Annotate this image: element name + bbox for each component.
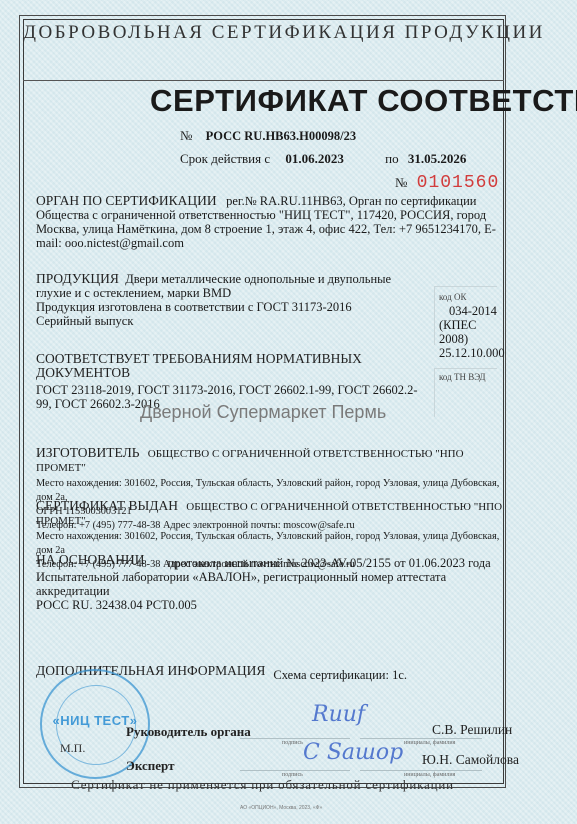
valid-from: 01.06.2023 xyxy=(285,151,344,166)
expert-role: Эксперт xyxy=(126,758,174,774)
product-line-4: Серийный выпуск xyxy=(36,314,416,328)
seal-place-label: М.П. xyxy=(60,741,85,756)
ok-code-label: код ОК xyxy=(439,292,467,302)
conformity-heading: СООТВЕТСТВУЕТ ТРЕБОВАНИЯМ НОРМАТИВНЫХ ДО… xyxy=(36,352,426,380)
manufacturer-heading: ИЗГОТОВИТЕЛЬ xyxy=(36,445,140,460)
title-divider xyxy=(23,80,504,81)
serial-sign: № xyxy=(395,175,407,190)
head-name-line xyxy=(360,738,482,739)
valid-to: 31.05.2026 xyxy=(408,151,467,166)
form-serial: № 0101560 xyxy=(395,173,499,193)
footer-note: Сертификат не применяется при обязательн… xyxy=(23,777,502,793)
product-line-1: Двери металлические однопольные и двупол… xyxy=(125,272,391,286)
ok-code-1: 034-2014 xyxy=(449,304,497,318)
head-signature-caption: подпись xyxy=(282,740,303,746)
certification-body-section: ОРГАН ПО СЕРТИФИКАЦИИ рег.№ RA.RU.11НВ63… xyxy=(36,194,496,250)
validity-period: Срок действия с 01.06.2023 по 31.05.2026 xyxy=(180,151,466,167)
validity-label: Срок действия с xyxy=(180,151,270,166)
watermark: Дверной Супермаркет Пермь xyxy=(140,402,386,423)
product-section: ПРОДУКЦИЯ Двери металлические однопольны… xyxy=(36,272,416,328)
head-role: Руководитель органа xyxy=(126,724,251,740)
expert-signature: С Sашор xyxy=(303,740,403,765)
voluntary-certification-title: ДОБРОВОЛЬНАЯ СЕРТИФИКАЦИЯ ПРОДУКЦИИ xyxy=(23,22,502,44)
head-signature: Rииf xyxy=(312,702,365,727)
certification-body-heading: ОРГАН ПО СЕРТИФИКАЦИИ xyxy=(36,193,217,208)
product-line-3: Продукция изготовлена в соответствии с Г… xyxy=(36,300,416,314)
serial-number: 0101560 xyxy=(417,173,500,193)
product-heading: ПРОДУКЦИЯ xyxy=(36,271,119,286)
number-sign: № xyxy=(180,128,192,143)
product-line-2: глухие и с остеклением, марки BMD xyxy=(36,286,416,300)
tnved-code-label: код ТН ВЭД xyxy=(435,369,497,382)
head-name-caption: инициалы, фамилия xyxy=(404,740,455,746)
basis-line-2: Испытательной лаборатории «АВАЛОН», реги… xyxy=(36,570,506,598)
basis-section: НА ОСНОВАНИИ протокола испытаний № 2023-… xyxy=(36,553,506,612)
basis-line-3: РОСС RU. 32438.04 РСТ0.005 xyxy=(36,598,506,612)
ok-code-box: код ОК 034-2014 (КПЕС 2008) 25.12.10.000 xyxy=(434,286,497,345)
tnved-code-box: код ТН ВЭД xyxy=(434,368,497,417)
certificate-number: № РОСС RU.НВ63.Н00098/23 xyxy=(180,128,356,144)
basis-heading: НА ОСНОВАНИИ xyxy=(36,552,144,567)
issued-to-heading: СЕРТИФИКАТ ВЫДАН xyxy=(36,498,178,513)
valid-to-label: по xyxy=(385,151,398,166)
ok-code-2: (КПЕС 2008) xyxy=(439,318,497,346)
printer-imprint: АО «ОПЦИОН», Москва, 2023, «Ф» xyxy=(240,805,322,811)
head-name: С.В. Решилин xyxy=(432,722,512,738)
certificate-title: СЕРТИФИКАТ СООТВЕТСТВИЯ xyxy=(150,83,577,119)
head-signature-line xyxy=(240,738,350,739)
certification-scheme: Схема сертификации: 1с. xyxy=(273,668,407,682)
conformity-line-1: ГОСТ 23118-2019, ГОСТ 31173-2016, ГОСТ 2… xyxy=(36,383,426,397)
ok-code-3: 25.12.10.000 xyxy=(439,346,497,360)
certificate-number-value: РОСС RU.НВ63.Н00098/23 xyxy=(206,129,356,143)
expert-signature-line xyxy=(240,770,350,771)
basis-line-1: протокола испытаний № 2023-AV-05/2155 от… xyxy=(168,556,491,570)
expert-name-line xyxy=(360,770,482,771)
expert-name: Ю.Н. Самойлова xyxy=(422,752,519,768)
